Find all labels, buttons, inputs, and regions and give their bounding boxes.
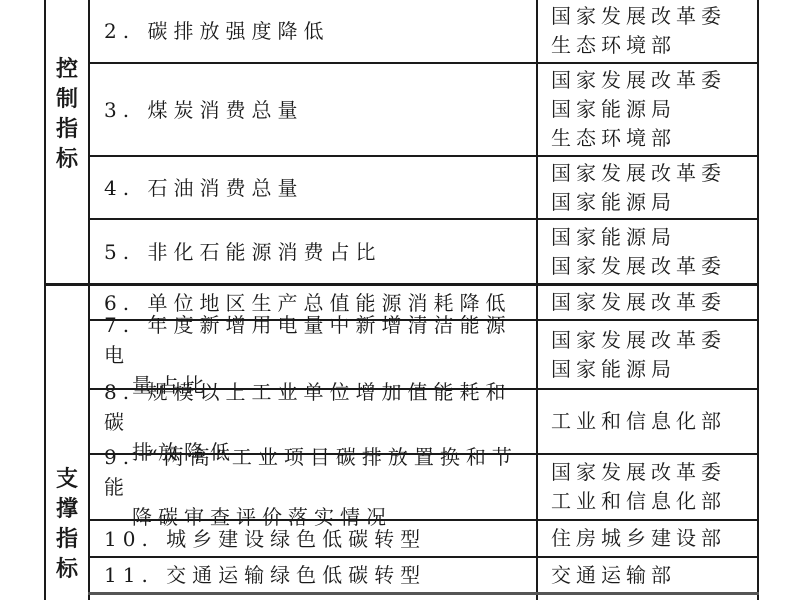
table-border-right (757, 0, 759, 600)
table-row-departments: 国家发展改革委 国家能源局 (539, 321, 757, 388)
item-text: 5. 非化石能源消费占比 (104, 237, 530, 267)
department: 国家发展改革委 (551, 288, 757, 317)
table-row-departments: 国家发展改革委 国家能源局 (539, 157, 757, 218)
department: 交通运输部 (551, 561, 757, 590)
table-row-departments: 国家发展改革委 国家能源局 生态环境部 (539, 64, 757, 155)
department: 国家发展改革委 (551, 326, 757, 355)
department: 国家发展改革委 (551, 252, 757, 281)
item-text: 4. 石油消费总量 (104, 173, 530, 203)
table-row-departments: 交通运输部 (539, 558, 757, 592)
table-row-item: 5. 非化石能源消费占比 (90, 220, 536, 283)
item-text: 3. 煤炭消费总量 (104, 95, 530, 125)
category-char: 控 (56, 55, 78, 85)
category-char: 制 (56, 85, 78, 115)
department: 工业和信息化部 (551, 407, 757, 436)
category-char: 指 (56, 115, 78, 145)
table-row-departments: 国家发展改革委 工业和信息化部 (539, 455, 757, 519)
table-row-departments: 国家发展改革委 生态环境部 (539, 0, 757, 62)
category-char: 支 (56, 465, 78, 495)
table-row-item: 4. 石油消费总量 (90, 157, 536, 218)
table-row-departments: 住房城乡建设部 (539, 521, 757, 556)
item-text: 2. 碳排放强度降低 (104, 16, 530, 46)
table-row-item: 9. “两高”工业项目碳排放置换和节能 降碳审查评价落实情况 (90, 455, 536, 519)
category-char: 标 (56, 145, 78, 175)
department: 国家发展改革委 (551, 159, 757, 188)
category-control-indicators: 控 制 指 标 (46, 50, 88, 180)
table-row-item: 10. 城乡建设绿色低碳转型 (90, 521, 536, 556)
item-text: 11. 交通运输绿色低碳转型 (104, 560, 530, 590)
department: 国家发展改革委 (551, 2, 757, 31)
department: 国家发展改革委 (551, 458, 757, 487)
department-column-divider (536, 0, 538, 600)
category-support-indicators: 支 撑 指 标 (46, 460, 88, 590)
indicator-table: 控 制 指 标 支 撑 指 标 2. 碳排放强度降低 国家发展改革委 生态环境部… (0, 0, 801, 600)
item-text: 7. 年度新增用电量中新增清洁能源电 (104, 310, 530, 370)
item-text: 10. 城乡建设绿色低碳转型 (104, 524, 530, 554)
category-char: 标 (56, 555, 78, 585)
row-divider (88, 592, 759, 595)
table-row-departments: 国家能源局 国家发展改革委 (539, 220, 757, 283)
department: 住房城乡建设部 (551, 524, 757, 553)
category-char: 指 (56, 525, 78, 555)
table-row-departments: 工业和信息化部 (539, 390, 757, 453)
category-char: 撑 (56, 495, 78, 525)
department: 工业和信息化部 (551, 487, 757, 516)
department: 国家能源局 (551, 355, 757, 384)
item-text: 9. “两高”工业项目碳排放置换和节能 (104, 442, 530, 502)
department: 生态环境部 (551, 31, 757, 60)
department: 生态环境部 (551, 124, 757, 153)
department: 国家能源局 (551, 223, 757, 252)
table-row-item: 2. 碳排放强度降低 (90, 0, 536, 62)
table-row-item: 3. 煤炭消费总量 (90, 64, 536, 155)
table-row-departments: 国家发展改革委 (539, 286, 757, 319)
item-text: 8. 规模以上工业单位增加值能耗和碳 (104, 377, 530, 437)
department: 国家能源局 (551, 95, 757, 124)
department: 国家发展改革委 (551, 66, 757, 95)
department: 国家能源局 (551, 188, 757, 217)
table-row-item: 11. 交通运输绿色低碳转型 (90, 558, 536, 592)
